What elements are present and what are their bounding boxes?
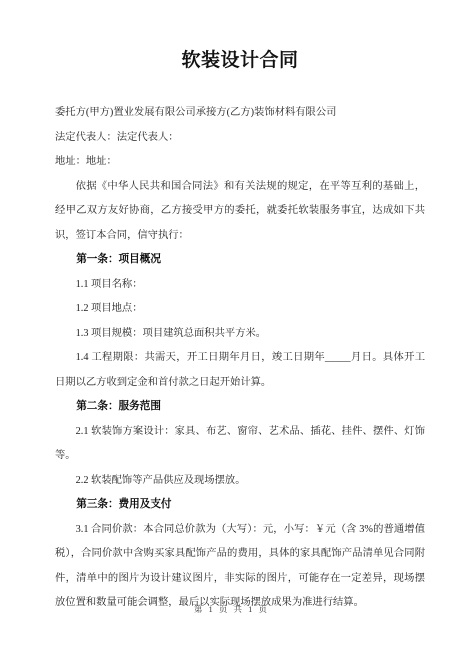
clause-1-2: 1.2 项目地点： xyxy=(55,297,425,322)
document-title: 软装设计合同 xyxy=(55,48,425,74)
legal-representative-line: 法定代表人：法定代表人： xyxy=(55,126,425,151)
preamble-paragraph: 依据《中华人民共和国合同法》和有关法规的规定，在平等互利的基础上，经甲乙双方友好… xyxy=(55,175,425,249)
contract-document-page: 软装设计合同 委托方(甲方)置业发展有限公司承接方(乙方)装饰材料有限公司 法定… xyxy=(0,0,463,655)
clause-1-1: 1.1 项目名称： xyxy=(55,273,425,298)
page-number-footer: 第 1 页 共 1 页 xyxy=(0,603,463,615)
section-2-heading: 第二条：服务范围 xyxy=(55,395,425,420)
clause-1-3: 1.3 项目规模：项目建筑总面积共平方米。 xyxy=(55,322,425,347)
section-1-heading: 第一条：项目概况 xyxy=(55,248,425,273)
address-line: 地址：地址： xyxy=(55,150,425,175)
clause-2-2: 2.2 软装配饰等产品供应及现场摆放。 xyxy=(55,469,425,494)
clause-3-1: 3.1 合同价款：本合同总价款为（大写）：元，小写：￥元（含 3%的普通增值税）… xyxy=(55,518,425,616)
parties-line: 委托方(甲方)置业发展有限公司承接方(乙方)装饰材料有限公司 xyxy=(55,101,425,126)
section-3-heading: 第三条：费用及支付 xyxy=(55,493,425,518)
clause-1-4: 1.4 工程期限：共需天，开工日期年月日，竣工日期年_____月日。具体开工日期… xyxy=(55,346,425,395)
clause-2-1: 2.1 软装饰方案设计：家具、布艺、窗帘、艺术品、插花、挂件、摆件、灯饰等。 xyxy=(55,420,425,469)
